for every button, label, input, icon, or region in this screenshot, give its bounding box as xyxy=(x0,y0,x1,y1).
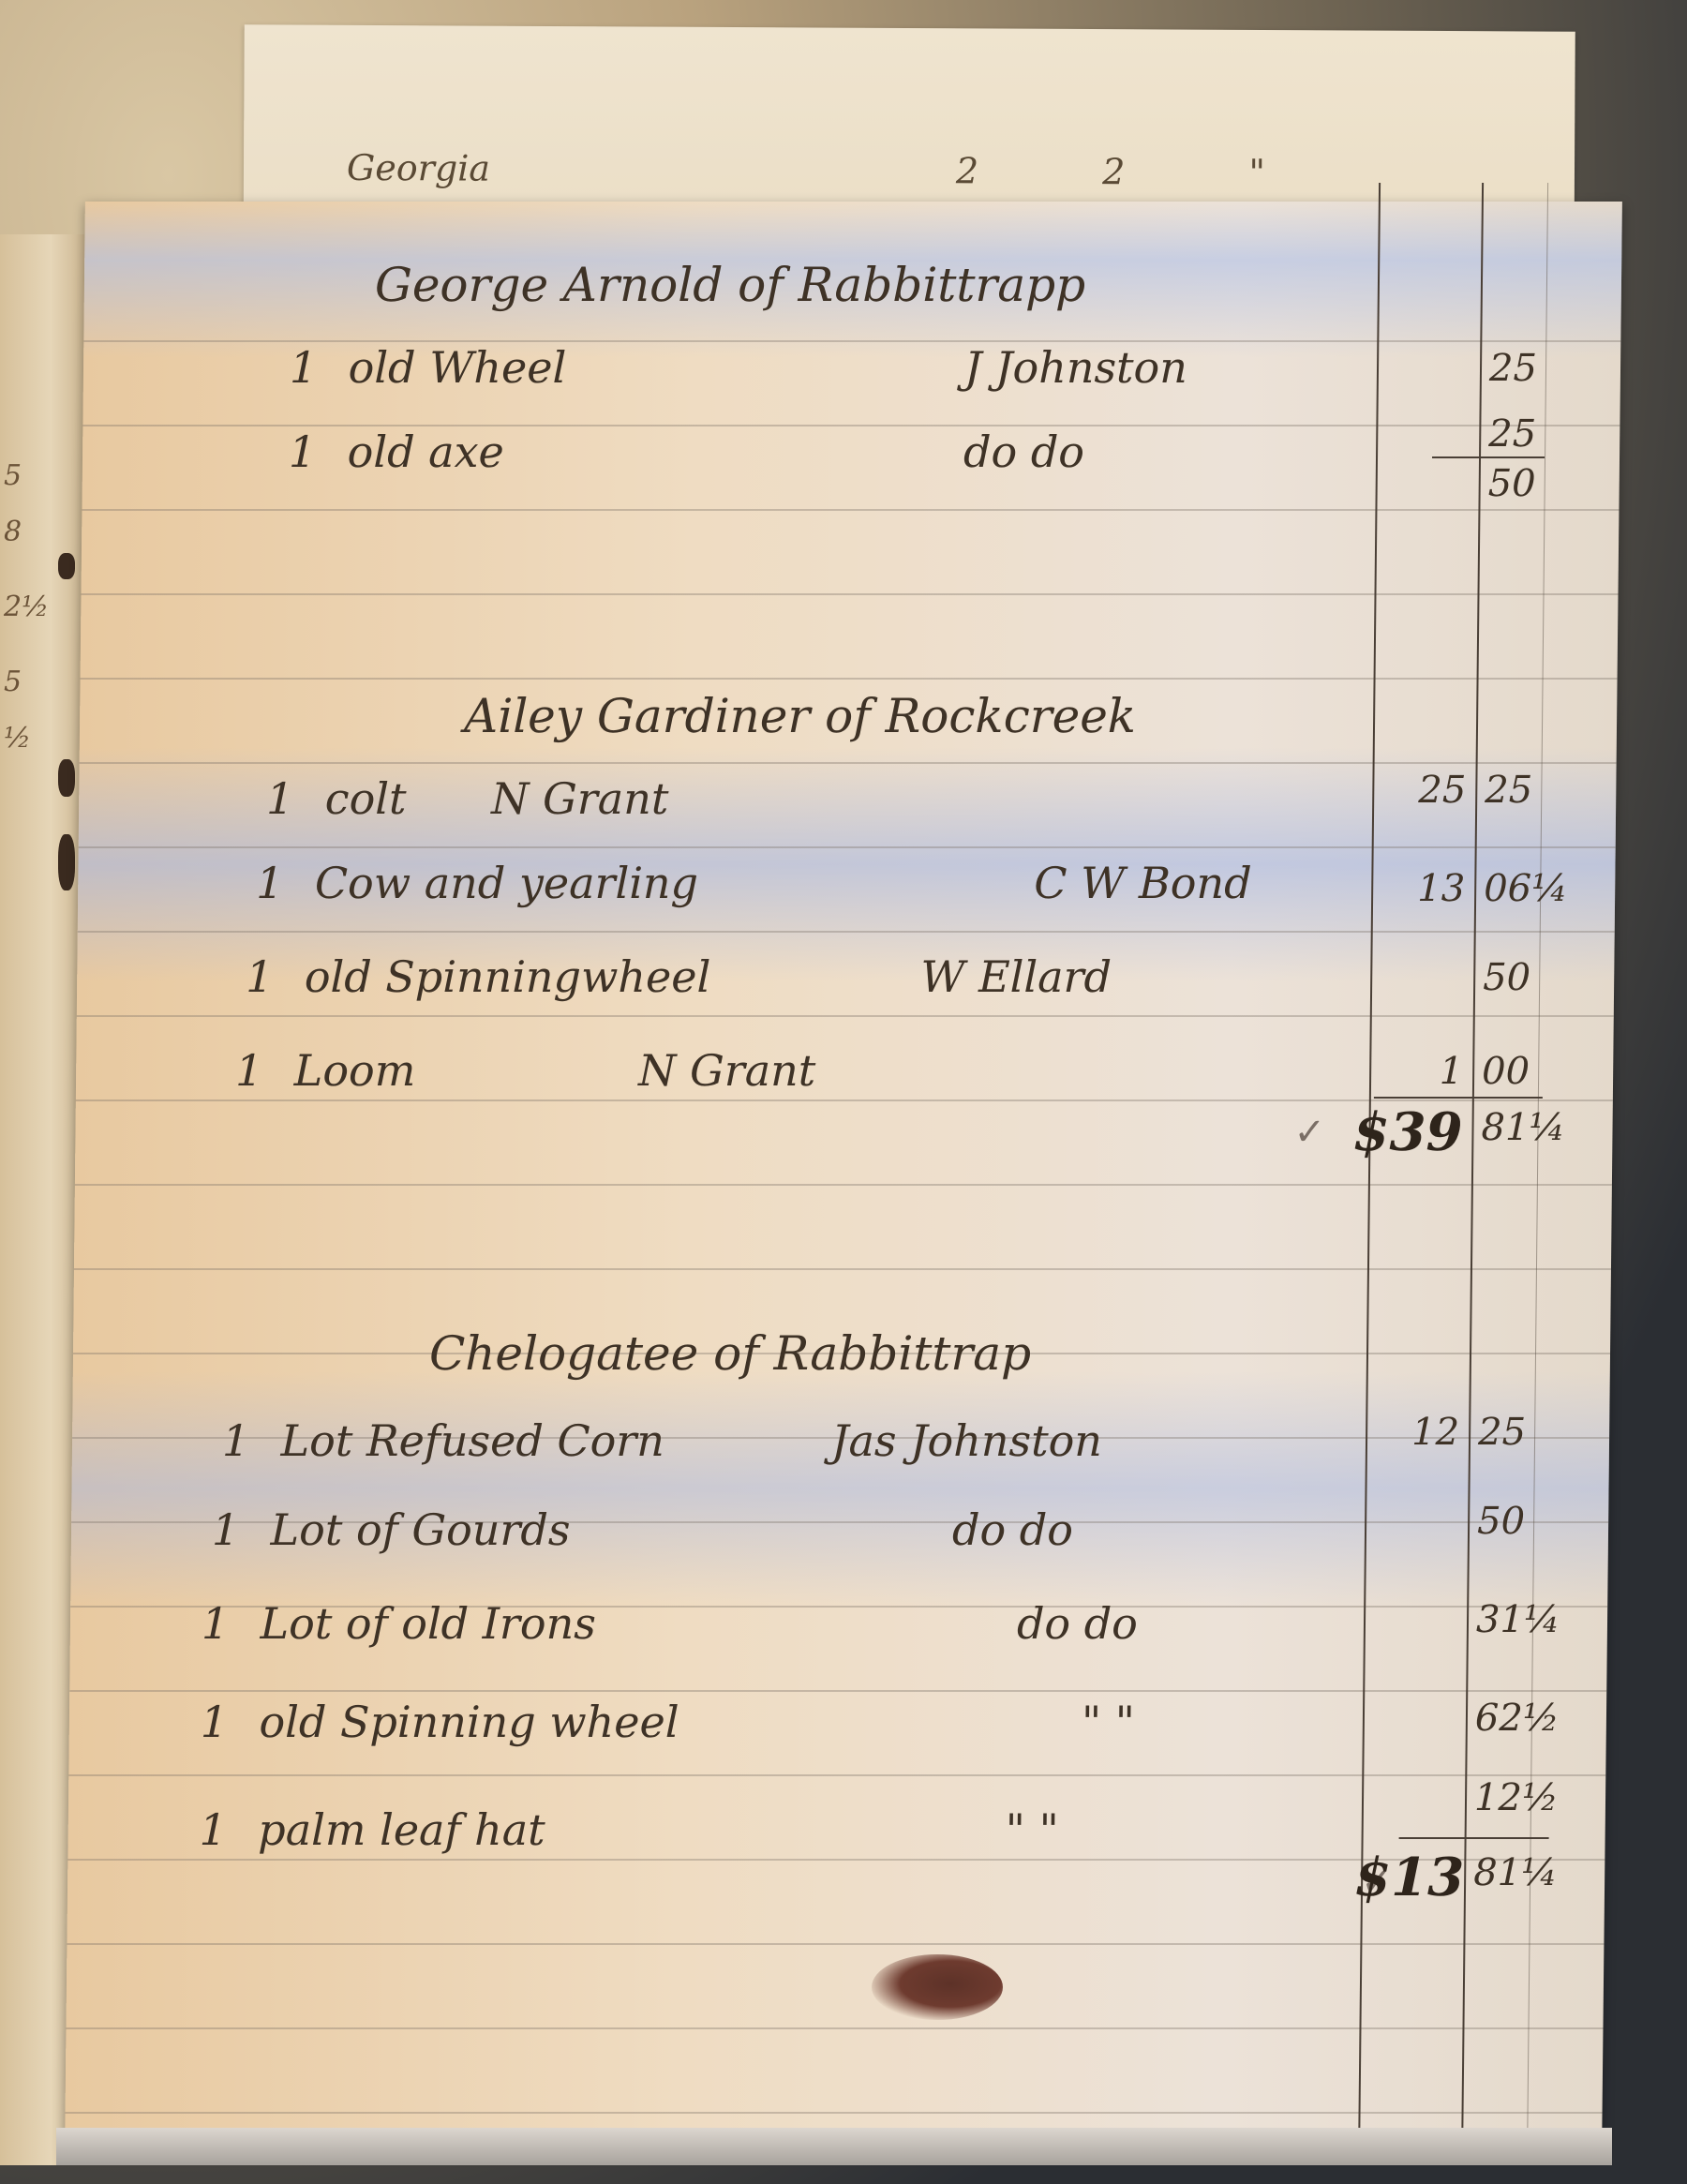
item-buyer: Jas Johnston xyxy=(831,1415,1102,1466)
section-heading: Ailey Gardiner of Rockcreek xyxy=(464,689,1137,743)
left-page-fragment: ½ xyxy=(4,722,31,755)
ledger-row: 1 Lot of old Irons do do xyxy=(202,1598,1280,1649)
item-buyer: N Grant xyxy=(491,773,669,824)
binding-tear xyxy=(58,759,75,797)
item-description: old Wheel xyxy=(348,342,566,393)
item-cents: 25 xyxy=(1478,1411,1562,1454)
ledger-row: 1 palm leaf hat " " xyxy=(199,1804,1277,1855)
item-cents: 62½ xyxy=(1475,1697,1560,1740)
item-buyer: J Johnston xyxy=(964,342,1187,393)
total-dollars: $13 xyxy=(1342,1847,1465,1908)
underlying-sheet-marks: 2 2 " xyxy=(956,150,1321,193)
item-description: Cow and yearling xyxy=(315,858,699,908)
subtotal-rule xyxy=(1432,456,1545,458)
total-rule xyxy=(1374,1097,1543,1099)
ledger-row: 1 old Spinning wheel " " xyxy=(201,1697,1279,1747)
item-cents: 25 xyxy=(1485,769,1569,812)
item-description: old axe xyxy=(347,426,504,477)
item-buyer: " " xyxy=(1082,1697,1136,1747)
item-quantity: 1 xyxy=(246,951,291,1002)
item-quantity: 1 xyxy=(222,1415,268,1466)
left-page-fragment: 2½ xyxy=(4,591,49,623)
item-quantity: 1 xyxy=(235,1045,281,1096)
item-cents: 25 xyxy=(1489,347,1574,390)
item-cents: 12½ xyxy=(1474,1776,1559,1819)
item-description: colt xyxy=(325,773,407,824)
section-heading: George Arnold of Rabbittrapp xyxy=(375,258,1086,312)
total-cents: 81¼ xyxy=(1473,1851,1558,1894)
item-quantity: 1 xyxy=(266,773,312,824)
binding-tear xyxy=(58,834,75,890)
underlying-sheet-heading: Georgia xyxy=(347,147,490,189)
section-heading: Chelogatee of Rabbittrap xyxy=(429,1326,1032,1381)
item-dollars: 1 xyxy=(1369,1050,1463,1093)
ledger-row: 1 old Wheel J Johnston xyxy=(290,342,1368,393)
item-description: old Spinningwheel xyxy=(305,951,711,1002)
item-buyer: C W Bond xyxy=(1034,858,1252,908)
left-page-fragment: 5 xyxy=(4,459,22,492)
item-quantity: 1 xyxy=(289,426,335,477)
item-cents: 00 xyxy=(1482,1050,1566,1093)
item-buyer: do do xyxy=(963,426,1084,477)
item-quantity: 1 xyxy=(212,1504,258,1555)
item-cents: 50 xyxy=(1477,1500,1561,1543)
ledger-page: George Arnold of Rabbittrapp 1 old Wheel… xyxy=(65,202,1622,2151)
item-quantity: 1 xyxy=(199,1804,245,1855)
subtotal-cents: 50 xyxy=(1487,462,1572,505)
left-page-fragment: 8 xyxy=(4,516,22,548)
item-description: palm leaf hat xyxy=(258,1804,545,1855)
page-stack-edge xyxy=(56,2128,1612,2165)
item-description: Lot of Gourds xyxy=(270,1504,570,1555)
item-buyer: " " xyxy=(1005,1804,1059,1855)
item-quantity: 1 xyxy=(290,342,336,393)
ledger-row: 1 Cow and yearling C W Bond xyxy=(256,858,1335,908)
item-description: Lot Refused Corn xyxy=(280,1415,664,1466)
left-page-fragment: 5 xyxy=(4,666,22,698)
ledger-row: 1 old axe do do xyxy=(289,426,1367,477)
checkmark-icon: ✓ xyxy=(1293,1111,1325,1154)
item-cents: 31¼ xyxy=(1476,1598,1560,1641)
item-buyer: N Grant xyxy=(638,1045,816,1096)
item-buyer: do do xyxy=(952,1504,1073,1555)
item-buyer: W Ellard xyxy=(920,951,1112,1002)
item-quantity: 1 xyxy=(256,858,302,908)
binding-tear xyxy=(58,553,75,579)
item-dollars: 25 xyxy=(1372,769,1466,812)
ledger-row: 1 Lot Refused Corn Jas Johnston xyxy=(222,1415,1301,1466)
item-quantity: 1 xyxy=(202,1598,247,1649)
total-cents: 81¼ xyxy=(1481,1106,1565,1149)
item-cents: 06¼ xyxy=(1484,867,1568,910)
item-description: Lot of old Irons xyxy=(260,1598,596,1649)
item-description: Loom xyxy=(294,1045,416,1096)
item-dollars: 12 xyxy=(1366,1411,1459,1454)
item-cents: 50 xyxy=(1483,956,1567,999)
total-dollars: $39 xyxy=(1331,1101,1463,1163)
ledger-row: 1 Loom N Grant xyxy=(235,1045,1314,1096)
item-dollars: 13 xyxy=(1371,867,1465,910)
ink-stain xyxy=(872,1954,1003,2020)
item-description: old Spinning wheel xyxy=(259,1697,679,1747)
ledger-row: 1 old Spinningwheel W Ellard xyxy=(246,951,1324,1002)
item-cents: 25 xyxy=(1488,412,1573,456)
item-buyer: do do xyxy=(1017,1598,1138,1649)
ledger-row: 1 Lot of Gourds do do xyxy=(212,1504,1291,1555)
ledger-row: 1 colt N Grant xyxy=(266,773,1345,824)
total-rule xyxy=(1399,1837,1549,1839)
item-quantity: 1 xyxy=(201,1697,246,1747)
